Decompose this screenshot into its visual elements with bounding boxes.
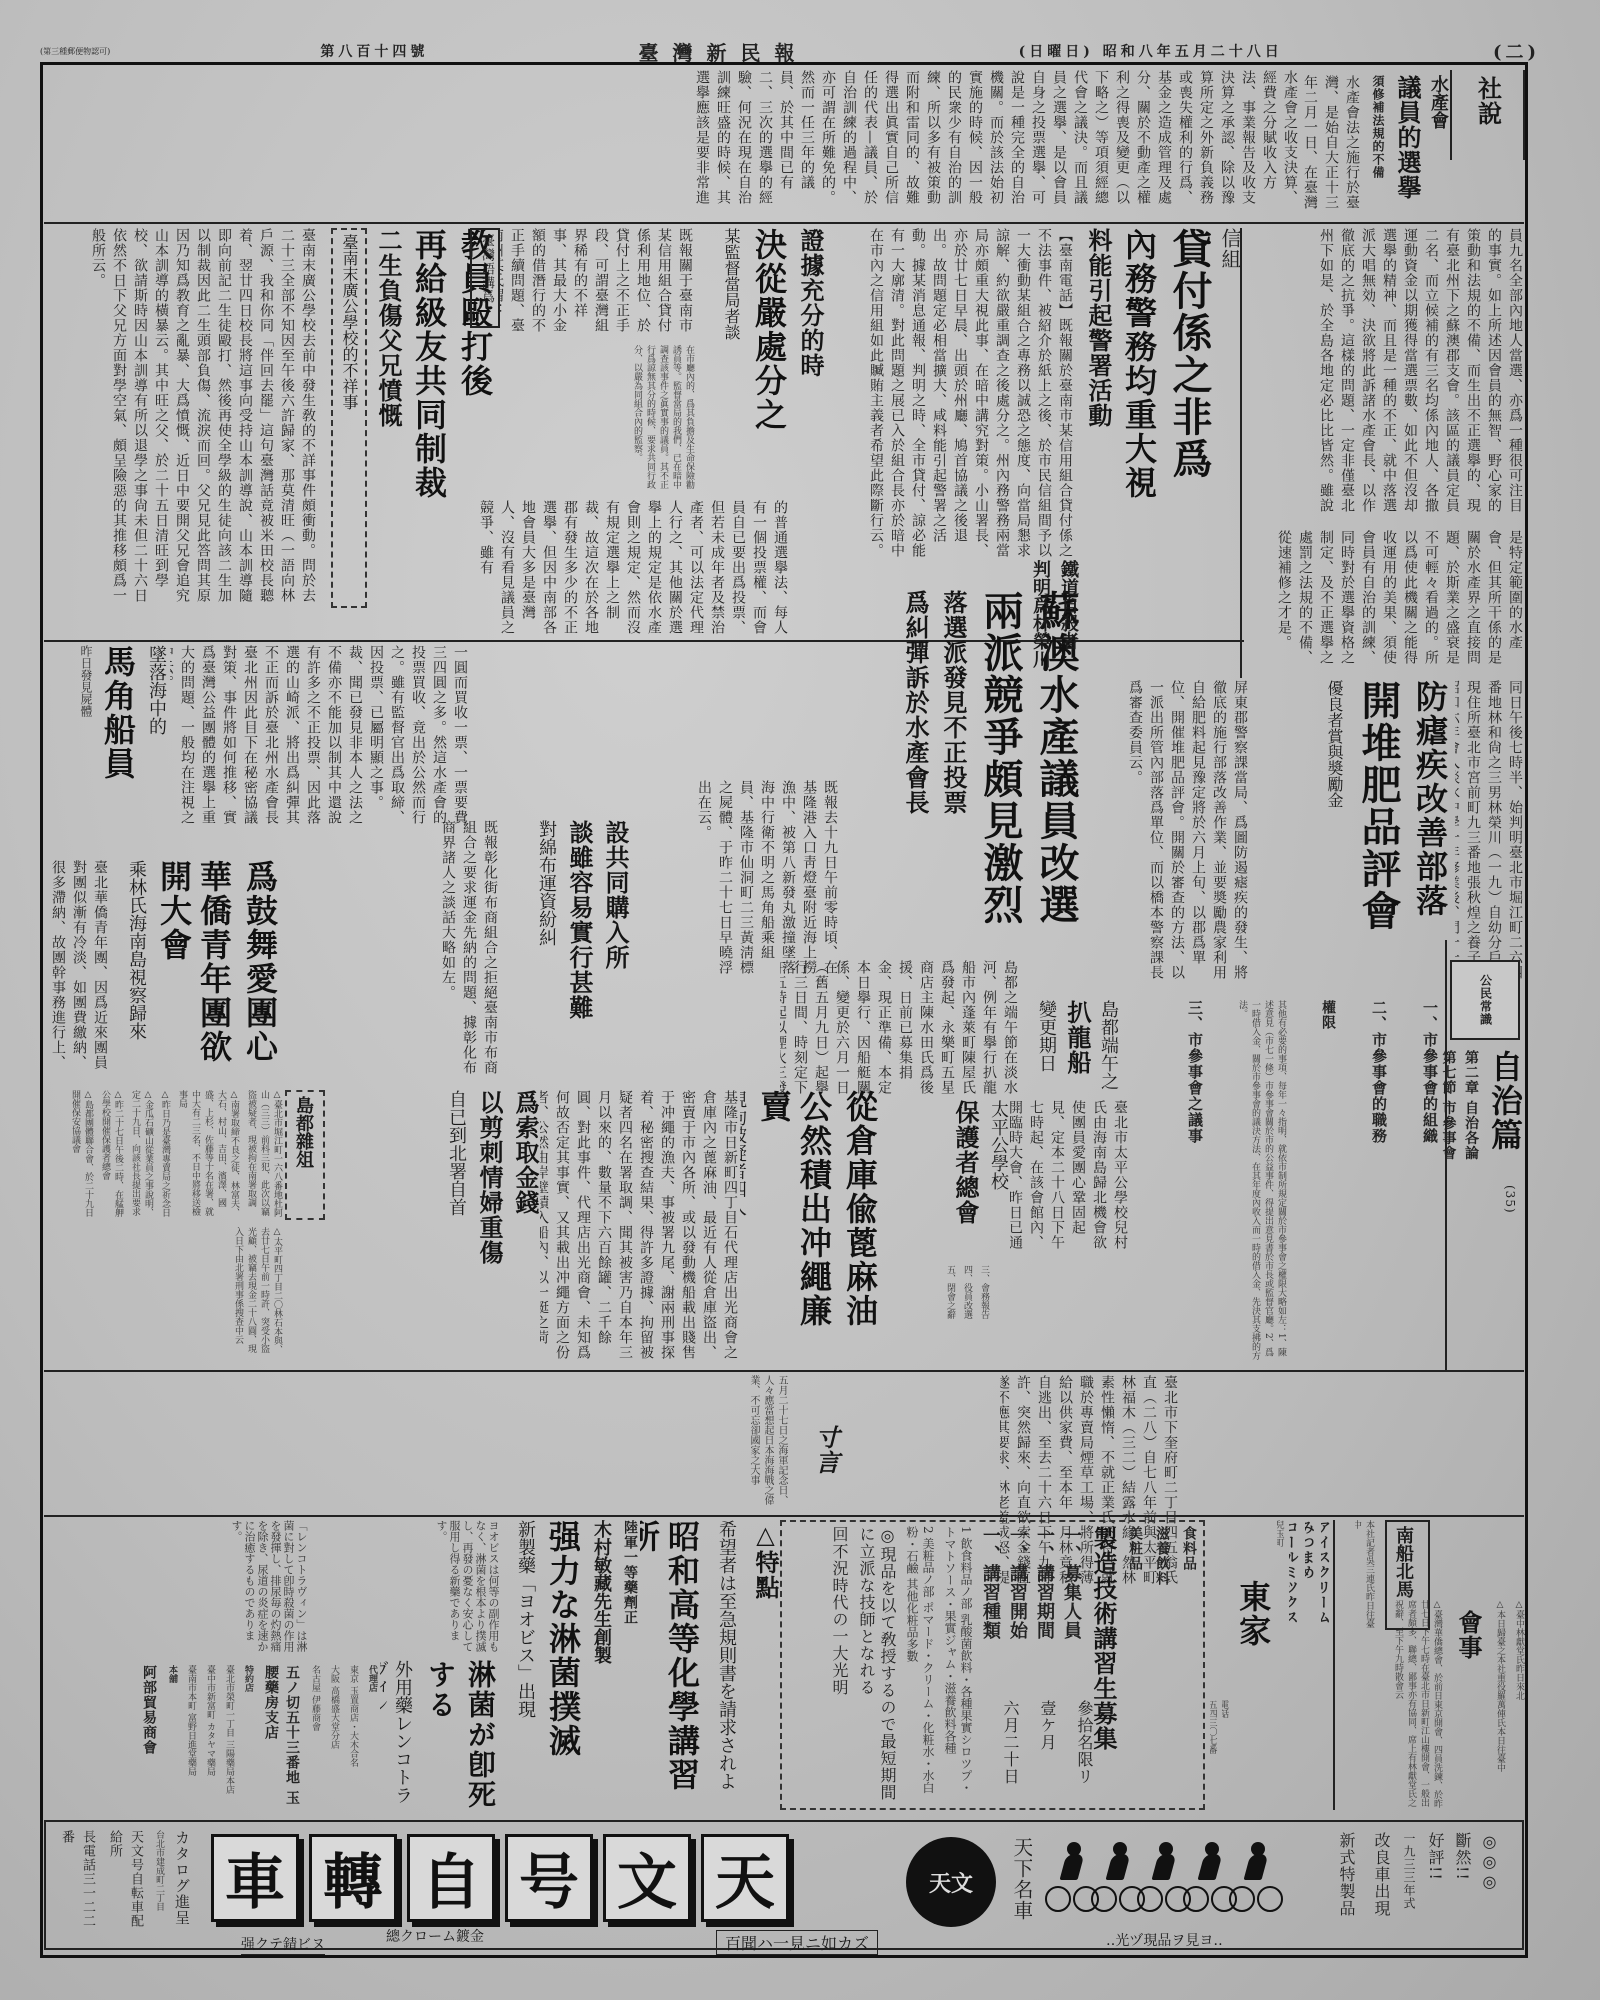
teacher-subhead: 臺南末廣公學校的不祥事 xyxy=(331,228,367,608)
new-label: 新式特製品 xyxy=(1336,1832,1357,1932)
suao-headline-4: 爲糾彈訴於水產會長 xyxy=(900,590,930,1010)
ad-yobis: 陸軍一等藥劑正 木村敏藏先生創製 强力な淋菌撲滅 新製藥「ヨオビス」出現 xyxy=(500,1520,640,1810)
civics-illustration: 公民常識 xyxy=(1450,960,1520,1040)
suicide-headline-1: 鐵道自殺者 xyxy=(1056,560,1080,680)
general-news: △臺中林獻堂氏昨日來北 △本日歸臺之本社重役羅萬俥氏本日往臺中 會事 △臺灣華僑… xyxy=(1340,1600,1525,1810)
supervisor-headline-1: 證據充分的時 xyxy=(795,228,825,518)
cyclist-icon xyxy=(1143,1842,1183,1912)
side-label: 天下名車 xyxy=(1011,1837,1032,1927)
island-notes-label-box: 島都雜俎 xyxy=(285,1090,325,1220)
youth-text: 臺北華僑青年團、因爲近來團員對團似漸有冷淡、如團費繳納、很多滯納、故團幹事務進行… xyxy=(48,860,110,1080)
bottom-text: ‥光ヅ現品ヲ見ヨ‥ xyxy=(1106,1930,1223,1950)
kohyo: 好評!! xyxy=(1425,1832,1446,1942)
cotton-text: 既報彰化街布商組合之拒絕臺南市布商組合之要求運金先納的問題、據彰化布商界諸人之談… xyxy=(420,820,500,1080)
phone-label: 電話 xyxy=(1222,1700,1230,1810)
article-school-parents: 太平公學校 保護者總會 xyxy=(880,1100,1010,1260)
civics-text: 其他有必要的事項、每年一々指明、就依市制所規定關於市參事會之權限大略如左：1、陳… xyxy=(1235,1000,1287,1360)
youth-headline-1: 爲鼓舞愛團心 xyxy=(240,860,280,1080)
phone: 五四三〇七番 xyxy=(1210,1700,1218,1810)
sesame-text: 基隆市日新町四丁目石代理店出光商會之倉庫內之蓖麻油、最近有人從倉庫盜出、密賣于市… xyxy=(540,1090,740,1360)
editorial-subheadline: 須修補法規的不備 xyxy=(1367,75,1388,225)
bullets: ◎◎◎ xyxy=(1479,1832,1500,1942)
issue-number: 第八百十四號 xyxy=(320,41,428,61)
school-parents-headline-1: 太平公學校 xyxy=(986,1100,1010,1260)
brand-tile: 文 xyxy=(603,1834,691,1922)
editorial-title: 水產會 xyxy=(1426,75,1450,225)
compost-headline-1: 防瘧疾改善部落 xyxy=(1410,680,1450,980)
island-note: △金瓜石礦山從業員之事說明、定二十九日、向該社長提出要求 xyxy=(128,1090,154,1220)
youth-headline-2: 華僑青年團欲開大會 xyxy=(154,860,234,1080)
supervisor-text: 既報關于臺南市某信用組合貸付係利用地位、於貸付上之不正手段、可謂臺灣組界稀有的不… xyxy=(500,228,695,338)
editorial-label: 社說 xyxy=(1473,76,1503,126)
divider xyxy=(44,1370,1524,1372)
lenco-agents: 代理店 東京 玉置商店・大木合名 大阪 高橋盛大堂分店 名古屋 伊藤商會 五ノ切… xyxy=(48,1665,378,1815)
taiwanese-lesson-label: 臺灣語講爲 xyxy=(470,228,500,328)
credit-union-text: 【臺南電話】既報關於臺南市某信用組合貸付係之不法事件、被紹介於紙上之後、於市民信… xyxy=(830,228,1075,568)
youth-headline-3: 乘林氏海南島視察歸來 xyxy=(124,860,148,1080)
compost-subhead: 優良者賞與奬勵金 xyxy=(1322,680,1346,980)
stabbing-headline-3: 自已到北署自首 xyxy=(444,1090,468,1360)
sesame-headline-2: 公然積出冲繩廉賣 xyxy=(754,1090,834,1360)
shop-name: 東家 xyxy=(1233,1580,1273,1810)
brand-tile: 号 xyxy=(505,1834,593,1922)
school-parents-items: 三、會務報告 四、役員改選 五、閉會之辭 xyxy=(880,1265,990,1365)
lenco-text: 「レンコトラヴィン」は淋菌に對して卽時殺菌の作用を發揮し、排尿毎の灼熱痛を除き、… xyxy=(48,1520,308,1660)
slogan-2: 强クテ錆ビヌ xyxy=(241,1934,325,1955)
horse-label: 南船北馬 xyxy=(1391,1526,1415,1598)
stabbing-headline-2: 以剪刺情婦重傷 xyxy=(474,1090,504,1360)
compost-headline-2: 開堆肥品評會 xyxy=(1354,680,1402,980)
improved: 改良車出現 xyxy=(1371,1832,1392,1942)
brand-tile: 車 xyxy=(211,1834,299,1922)
teacher-headline-3: 二生負傷父兄憤慨 xyxy=(373,228,403,608)
suicide-text: 同日午後七時半、始判明臺北市堀江町二六四番地林和尙之三男林榮川（一九）自幼分戶爲… xyxy=(1455,680,1525,980)
suao-text: 一圓而買收一票、一票要費三四圓之多。然這水產會的投票買收、竟出於公然而行之。雖有… xyxy=(170,645,470,835)
horn-boat-headline-1: 墜落海中的 xyxy=(144,645,168,835)
school-name: 昭和高等化學講習所 xyxy=(640,1520,702,1810)
island-notes-label: 島都雜俎 xyxy=(291,1096,315,1168)
horse-box: 南船北馬 xyxy=(1385,1520,1430,1630)
editorial-header: 社說 xyxy=(1450,70,1525,160)
divider xyxy=(44,222,1524,224)
civics-subsections: 一、市參事會的組織 二、市參事會的職務 權限 其他有必要的事項、每年一々指明、就… xyxy=(1130,1000,1440,1380)
school-parents-text: 臺北市太平公學校兒村氏由海南島歸北機會欲使團員愛團心鞏固起見、定本二十八日下午七… xyxy=(1010,1100,1130,1260)
school-parents-headline-2: 保護者總會 xyxy=(950,1100,980,1260)
sesame-headline-1: 從倉庫偸蓖麻油 xyxy=(840,1090,880,1360)
cotton-headline-3: 對綿布運資紛糾 xyxy=(534,820,558,1080)
credit-union-kicker: 信組 xyxy=(1219,228,1240,568)
dragon-text: 島都之端午節在淡水河、例年有擧行扒龍船市內蓬萊町陳屋氏爲發起、永樂町五星商店主陳… xyxy=(780,960,1020,1100)
ad-lenco: 淋菌が卽死する 外用藥レンコトラヴィン xyxy=(380,1660,500,1810)
brand-tile: 自 xyxy=(407,1834,495,1922)
cyclists-illustration xyxy=(1051,1842,1275,1912)
article-youth: 爲鼓舞愛團心 華僑青年團欲開大會 乘林氏海南島視察歸來 xyxy=(110,860,280,1080)
compost-text: 屏東郡警察課當局、爲圖防遏瘧疾的發生、將徹底的施行部落改善作業、並要奬勵農家利用… xyxy=(1085,680,1250,980)
suao-headline-3: 落選派發見不正投票 xyxy=(938,590,968,1010)
slogan-1: 總クローム鍍金 xyxy=(386,1926,484,1946)
column-rule xyxy=(1445,940,1447,1370)
newspaper-page: (第三種郵便物認可) 第八百十四號 臺灣新民報 (日曜日) 昭和八年五月二十八日… xyxy=(0,0,1600,2000)
suicide-headline-2: 判明爲林榮川 xyxy=(1028,560,1052,680)
lenco-headline: 淋菌が卽死する xyxy=(420,1660,500,1810)
article-suicide: 鐵道自殺者 判明爲林榮川 xyxy=(1000,560,1080,680)
horn-boat-text: 既報去十九日午前零時頃、在基隆港入口靑燈臺附近海上撈漁中、被第八新發丸激撞墜落海… xyxy=(630,780,840,980)
editorial-text-5: 的普通選擧法、每人有一個投票權、而會員自已要出爲投票、但若未成年者及禁治產者、可… xyxy=(470,500,790,640)
article-teacher: 教員毆打後 再給級友共同制裁 二生負傷父兄憤慨 臺南末廣公學校的不祥事 xyxy=(320,228,495,608)
credit-union-headline-1: 貸付係之非爲 xyxy=(1165,228,1213,568)
article-credit-union: 信組 貸付係之非爲 內務警務均重大視 料能引起警署活動 xyxy=(1080,228,1240,568)
editorial-title-block: 水產會 議員的選擧 須修補法規的不備 xyxy=(1365,75,1450,225)
aphorism-text: 五月二十七日之海軍記念日、人々應當想起日本海海戰之偉業、不可忘卻國家之大事 xyxy=(48,1375,788,1505)
civics-subsection-2: 二、市參事會的職務 xyxy=(1368,1000,1389,1380)
editorial-text-1: 水產會法之施行於臺灣、是始自大正十三年二月一日、在臺灣水產會之下、於各州廳置有州… xyxy=(1300,75,1362,220)
teacher-headline-2: 再給級友共同制裁 xyxy=(409,228,449,608)
yobis-text: ヨオビスは何等の副作用もなく、淋菌を根本より撲滅し、再發の憂なく安心して服用し得… xyxy=(310,1520,500,1660)
cyclist-icon xyxy=(1189,1842,1229,1912)
editorial-text-4: 是特定範圍的水產會、但其所干係的是關於水產界之直接問題、於斯業之盛衰是不可輕々看… xyxy=(1245,530,1525,675)
island-note: △南署取締不良之徒、林富夫、大石、村山、吉田、濱澤、國盛、上杉、佐藤等十名在署、… xyxy=(175,1090,240,1220)
cotton-headline-1: 設共同購入所 xyxy=(600,820,630,1080)
island-note: △昨日乃是臺灣專賣局之祈念日 xyxy=(158,1090,171,1220)
article-stabbing: 爲索取金錢 以剪刺情婦重傷 自已到北署自首 xyxy=(430,1090,540,1360)
article-horn-boat: 墜落海中的 馬角船員 昨日發見屍體 xyxy=(48,645,168,835)
brand-logo-icon: 天文 xyxy=(906,1837,996,1927)
weekday: (日曜日) xyxy=(1019,44,1094,60)
stabbing-headline-1: 爲索取金錢 xyxy=(510,1090,540,1360)
cyclist-icon xyxy=(1051,1842,1091,1912)
aphorism-label: 寸言 xyxy=(810,1425,840,1475)
civics-subsection-1: 一、市參事會的組織 xyxy=(1419,1000,1440,1380)
ad-icecream: アイスクリーム みつまめ コールミツクス 兒玉町 東家 電話 五四三〇七番 xyxy=(1210,1520,1335,1810)
civics-number: (35) xyxy=(1490,1185,1520,1225)
general-news-note: 本社記者吳三連氏昨日往臺中 xyxy=(1355,1520,1375,1630)
registration-note: (第三種郵便物認可) xyxy=(40,46,110,57)
sesame-headline-3: 現拘被疑者四人 xyxy=(740,1090,748,1360)
general-news-label: 會事 xyxy=(1453,1610,1483,1800)
aphorism-box: 寸言 xyxy=(790,1385,860,1515)
ad-school-footer: △特點 講習生に設備あり。 希望者は至急規則書を請求されよ 臺南市花園町一丁目一… xyxy=(640,1520,780,1810)
supervisor-small-text: 在市廳內的、爲其負擔及生命保險勸誘員等。監督當局的我們、已在暗中調查該事件之眞實… xyxy=(500,345,695,495)
brand-tile: 天 xyxy=(701,1834,789,1922)
civics-section: 第七節 市參事會 xyxy=(1440,1050,1459,1220)
civics-subsection-3: 三、市參事會之議事 xyxy=(1184,1000,1205,1380)
masthead: (第三種郵便物認可) 第八百十四號 臺灣新民報 (日曜日) 昭和八年五月二十八日… xyxy=(40,40,1540,62)
page-number: (二) xyxy=(1493,38,1540,64)
editorial-text-2: 水產會之收支決算、經費之分賦收入方法、事業報告及收支決算之承認、除以豫算所定之外… xyxy=(690,70,1300,218)
article-supervisor: 證據充分的時 決從嚴處分之 某監督當局者談 xyxy=(700,228,825,518)
supervisor-headline-2: 決從嚴處分之 xyxy=(749,228,789,518)
editorial-headline: 議員的選擧 xyxy=(1392,75,1422,225)
civics-chapter: 第二章 自治各論 xyxy=(1463,1050,1482,1220)
civics-sub-label: 權限 xyxy=(1317,1000,1338,1380)
article-cotton: 設共同購入所 談雖容易實行甚難 對綿布運資紛糾 xyxy=(500,820,630,1080)
island-note: △太平町四丁目二〇林石本與、去廿七日午前一時許、突受小盜光顧、被竊去現金二十八圓… xyxy=(231,1227,283,1357)
credit-union-headline-2: 內務警務均重大視 xyxy=(1119,228,1159,568)
editorial-text-3: 員九名全部內地人當選、亦爲一種很可注目的事實。如上所述因會員的無智、野心家的策動… xyxy=(1245,228,1525,523)
island-note: △島都團體聯合會、於二十九日開催保安協議會 xyxy=(68,1090,94,1220)
cotton-headline-2: 談雖容易實行甚難 xyxy=(564,820,594,1080)
yobis-headline: 强力な淋菌撲滅 xyxy=(543,1520,583,1810)
slogan-3: 百聞ハ一見ニ如カズ xyxy=(716,1930,878,1955)
article-sesame-oil: 從倉庫偸蓖麻油 公然積出冲繩廉賣 現拘被疑者四人 出光商會否認事實 xyxy=(740,1090,880,1360)
brand-tiles: 天 文 号 自 轉 車 xyxy=(211,1834,799,1922)
supervisor-byline: 某監督當局者談 xyxy=(719,228,743,518)
publication-date: 昭和八年五月二十八日 xyxy=(1103,44,1283,60)
ad-school-values: 參拾名限リ 壹ケ月 六月二十日 xyxy=(985,1700,1095,1800)
island-note: △昨二十七日午後二時、在艋舺公學校開催保護者總會 xyxy=(98,1090,124,1220)
credit-union-headline-3: 料能引起警署活動 xyxy=(1083,228,1113,568)
island-notes-list: △臺北市堀江町一六八番地杜阿山（三三）前科三犯、此次以竊盜被疑者、現被拘在南署取… xyxy=(48,1090,283,1360)
cyclist-icon xyxy=(1097,1842,1137,1912)
cyclist-icon xyxy=(1235,1842,1275,1912)
ad-bicycle: カタログ進呈 台北市建成町二丁目 天文号自転車配給所 長電話三一二二番 天 文 … xyxy=(44,1820,1524,1950)
horn-boat-headline-2: 馬角船員 xyxy=(98,645,138,835)
danzen: 斷然!! xyxy=(1452,1832,1473,1942)
brand-tile: 轉 xyxy=(309,1834,397,1922)
island-note: △臺北市堀江町一六八番地杜阿山（三三）前科三犯、此次以竊盜被疑者、現被拘在南署取… xyxy=(244,1090,283,1220)
teacher-text: 臺南末廣公學校去前中發生敎的不詳事件頗衝動。問於去二十三全部不知因至午後六許歸家… xyxy=(48,228,318,608)
column-rule xyxy=(1240,228,1242,678)
horn-boat-headline-3: 昨日發見屍體 xyxy=(79,645,92,835)
article-compost: 防瘧疾改善部落 開堆肥品評會 優良者賞與奬勵金 xyxy=(1250,680,1450,980)
model-year: 一九三三年式 xyxy=(1398,1832,1419,1942)
divider xyxy=(44,1515,1524,1517)
